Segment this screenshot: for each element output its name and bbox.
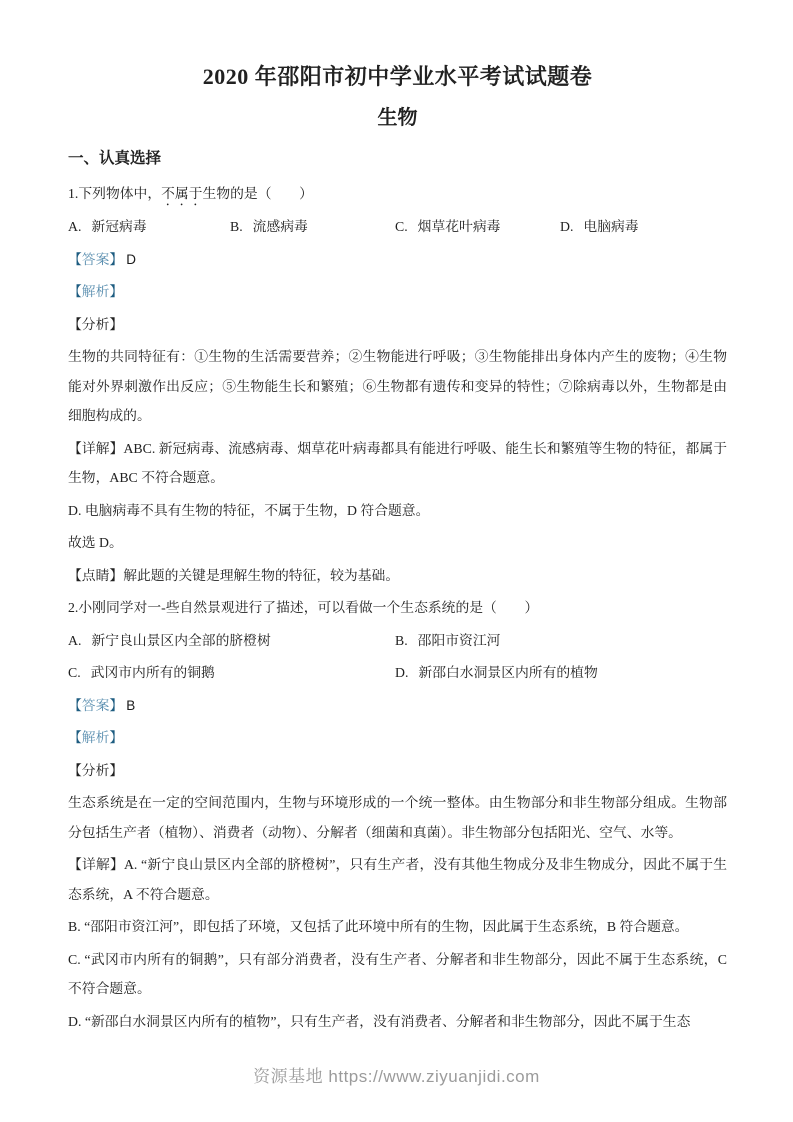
explanation-label: 解析 xyxy=(82,284,110,299)
answer-label: 答案 xyxy=(82,698,110,713)
question-1-option-c: C.烟草花叶病毒 xyxy=(395,212,560,242)
exam-page: 2020 年邵阳市初中学业水平考试试题卷 生物 一、认真选择 1.下列物体中，不… xyxy=(0,0,793,1122)
option-key: D. xyxy=(395,665,408,680)
question-2-detail-b: B. “邵阳市资江河”，即包括了环境，又包括了此环境中所有的生物，因此属于生态系… xyxy=(68,912,727,942)
option-key: D. xyxy=(560,219,573,234)
watermark-footer: 资源基地 https://www.ziyuanjidi.com xyxy=(0,1062,793,1087)
option-key: C. xyxy=(68,665,81,680)
answer-label-bracket: 【 xyxy=(68,252,82,267)
answer-label-bracket: 【 xyxy=(68,698,82,713)
question-2-analysis-text: 生态系统是在一定的空间范围内，生物与环境形成的一个统一整体。由生物部分和非生物部… xyxy=(68,788,727,847)
option-text: 新冠病毒 xyxy=(91,219,146,234)
question-1-highlight-paragraph: 【点睛】解此题的关键是理解生物的特征，较为基础。 xyxy=(68,561,727,591)
question-1-stem-emphasis: 不属于 xyxy=(161,186,202,201)
detail-label: 【详解】 xyxy=(68,857,124,872)
subject-title: 生物 xyxy=(68,104,727,132)
answer-value: B xyxy=(126,698,135,713)
option-key: A. xyxy=(68,219,81,234)
question-2-option-c: C.武冈市内所有的铜鹅 xyxy=(68,658,395,688)
detail-label: 【详解】 xyxy=(68,441,123,456)
option-text: 邵阳市资江河 xyxy=(418,633,501,648)
option-key: B. xyxy=(230,219,243,234)
option-text: 武冈市内所有的铜鹅 xyxy=(91,665,215,680)
explanation-label-bracket: 】 xyxy=(109,284,123,299)
answer-value: D xyxy=(126,252,136,267)
question-2-option-b: B.邵阳市资江河 xyxy=(395,626,727,656)
question-1-stem-prefix: 1.下列物体中， xyxy=(68,186,161,201)
explanation-label-bracket: 【 xyxy=(68,730,82,745)
option-key: B. xyxy=(395,633,408,648)
question-2-options-row-2: C.武冈市内所有的铜鹅 D.新邵白水洞景区内所有的植物 xyxy=(68,658,727,688)
question-2-detail-c: C. “武冈市内所有的铜鹅”，只有部分消费者，没有生产者、分解者和非生物部分，因… xyxy=(68,945,727,1004)
question-1-option-b: B.流感病毒 xyxy=(230,212,395,242)
option-text: 新宁良山景区内全部的脐橙树 xyxy=(91,633,270,648)
answer-label: 答案 xyxy=(82,252,110,267)
question-1-option-d: D.电脑病毒 xyxy=(560,212,727,242)
question-2-stem: 2.小刚同学对一-些自然景观进行了描述，可以看做一个生态系统的是（ ） xyxy=(68,593,727,623)
question-2-analysis-label: 【分析】 xyxy=(68,756,727,786)
question-2-option-a: A.新宁良山景区内全部的脐橙树 xyxy=(68,626,395,656)
page-title: 2020 年邵阳市初中学业水平考试试题卷 xyxy=(68,62,727,92)
question-1-option-a: A.新冠病毒 xyxy=(68,212,230,242)
explanation-label: 解析 xyxy=(82,730,110,745)
option-key: C. xyxy=(395,219,408,234)
highlight-text: 解此题的关键是理解生物的特征，较为基础。 xyxy=(123,568,399,583)
question-1-answer-row: 【答案】D xyxy=(68,245,727,275)
question-1-conclusion: 故选 D。 xyxy=(68,528,727,558)
question-1-analysis-label: 【分析】 xyxy=(68,310,727,340)
option-text: 新邵白水洞景区内所有的植物 xyxy=(418,665,597,680)
question-1-stem-suffix: 生物的是（ ） xyxy=(203,186,313,201)
section-heading: 一、认真选择 xyxy=(68,146,727,172)
question-1-detail-paragraph: 【详解】ABC. 新冠病毒、流感病毒、烟草花叶病毒都具有能进行呼吸、能生长和繁殖… xyxy=(68,434,727,493)
question-1-stem: 1.下列物体中，不属于生物的是（ ） xyxy=(68,179,727,209)
question-2-detail-a: 【详解】A. “新宁良山景区内全部的脐橙树”，只有生产者，没有其他生物成分及非生… xyxy=(68,850,727,909)
answer-label-bracket: 】 xyxy=(109,252,123,267)
question-1-explanation-row: 【解析】 xyxy=(68,277,727,307)
question-2-explanation-row: 【解析】 xyxy=(68,723,727,753)
explanation-label-bracket: 【 xyxy=(68,284,82,299)
detail-text: A. “新宁良山景区内全部的脐橙树”，只有生产者，没有其他生物成分及非生物成分，… xyxy=(68,857,727,902)
question-1-analysis-text: 生物的共同特征有：①生物的生活需要营养；②生物能进行呼吸；③生物能排出身体内产生… xyxy=(68,342,727,431)
question-1-options: A.新冠病毒 B.流感病毒 C.烟草花叶病毒 D.电脑病毒 xyxy=(68,212,727,242)
option-text: 烟草花叶病毒 xyxy=(418,219,501,234)
question-2-option-d: D.新邵白水洞景区内所有的植物 xyxy=(395,658,727,688)
question-2-options-row-1: A.新宁良山景区内全部的脐橙树 B.邵阳市资江河 xyxy=(68,626,727,656)
option-text: 电脑病毒 xyxy=(583,219,638,234)
explanation-label-bracket: 】 xyxy=(109,730,123,745)
question-1-detail-d: D. 电脑病毒不具有生物的特征，不属于生物，D 符合题意。 xyxy=(68,496,727,526)
option-key: A. xyxy=(68,633,81,648)
question-2-answer-row: 【答案】B xyxy=(68,691,727,721)
question-2-detail-d: D. “新邵白水洞景区内所有的植物”，只有生产者，没有消费者、分解者和非生物部分… xyxy=(68,1007,727,1037)
detail-text: ABC. 新冠病毒、流感病毒、烟草花叶病毒都具有能进行呼吸、能生长和繁殖等生物的… xyxy=(68,441,727,486)
highlight-label: 【点睛】 xyxy=(68,568,123,583)
option-text: 流感病毒 xyxy=(253,219,308,234)
answer-label-bracket: 】 xyxy=(109,698,123,713)
